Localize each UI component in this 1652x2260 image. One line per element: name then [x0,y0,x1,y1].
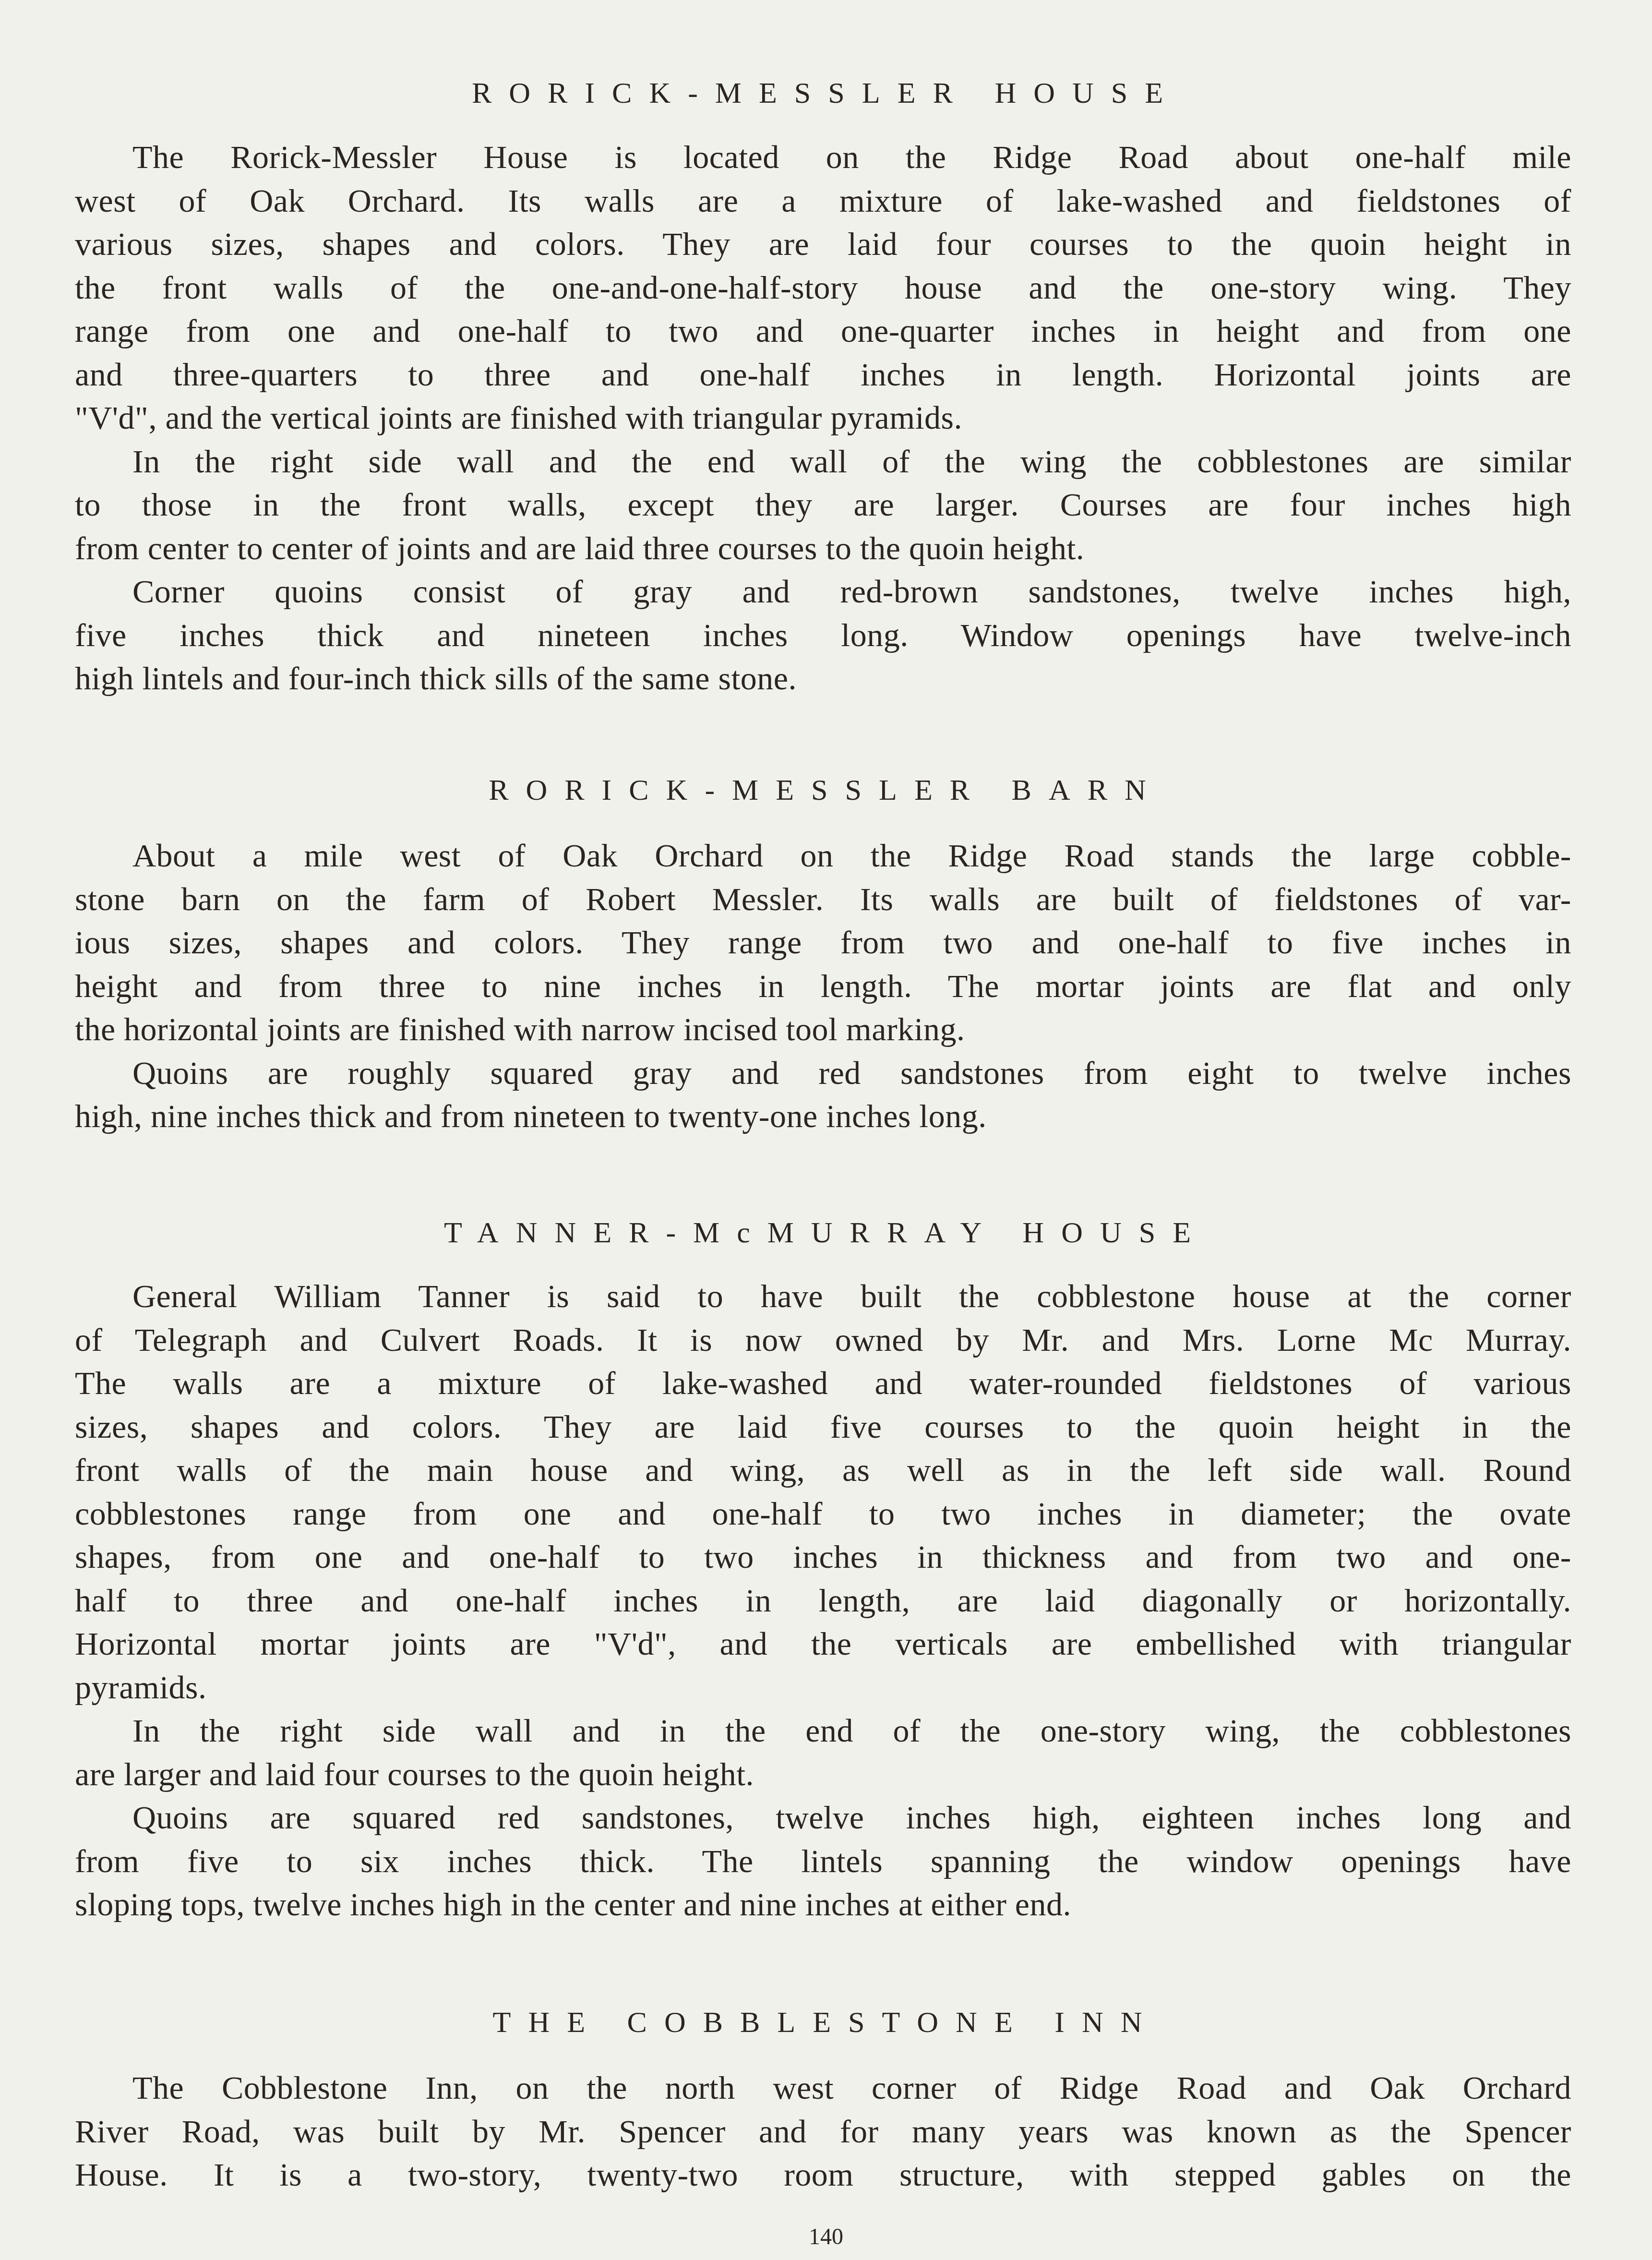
text-line: The Cobblestone Inn, on the north west c… [75,2066,1571,2110]
text-line: and three-quarters to three and one-half… [75,353,1571,397]
text-line: the front walls of the one-and-one-half-… [75,266,1571,310]
text-line: cobblestones range from one and one-half… [75,1492,1571,1536]
text-line: height and from three to nine inches in … [75,964,1571,1008]
text-line: ious sizes, shapes and colors. They rang… [75,921,1571,964]
text-line: Horizontal mortar joints are "V'd", and … [75,1622,1571,1666]
text-line: high lintels and four-inch thick sills o… [75,657,1571,700]
text-line: Quoins are roughly squared gray and red … [75,1051,1571,1095]
section-body-rorick-messler-house: The Rorick-Messler House is located on t… [75,135,1571,700]
page-number: 140 [0,2224,1652,2250]
text-line: "V'd", and the vertical joints are finis… [75,396,1571,440]
section-title-rorick-messler-barn: RORICK-MESSLER BARN [0,773,1652,807]
text-line: various sizes, shapes and colors. They a… [75,222,1571,266]
text-line: five inches thick and nineteen inches lo… [75,613,1571,657]
text-line: front walls of the main house and wing, … [75,1448,1571,1492]
text-line: of Telegraph and Culvert Roads. It is no… [75,1318,1571,1362]
text-line: Quoins are squared red sandstones, twelv… [75,1796,1571,1839]
text-line: are larger and laid four courses to the … [75,1753,1571,1796]
text-line: The Rorick-Messler House is located on t… [75,135,1571,179]
text-line: The walls are a mixture of lake-washed a… [75,1361,1571,1405]
section-body-rorick-messler-barn: About a mile west of Oak Orchard on the … [75,834,1571,1138]
text-line: the horizontal joints are finished with … [75,1008,1571,1051]
text-line: range from one and one-half to two and o… [75,309,1571,353]
text-line: sloping tops, twelve inches high in the … [75,1883,1571,1926]
text-line: to those in the front walls, except they… [75,483,1571,527]
text-line: pyramids. [75,1666,1571,1709]
text-line: General William Tanner is said to have b… [75,1274,1571,1318]
text-line: In the right side wall and in the end of… [75,1709,1571,1753]
text-line: shapes, from one and one-half to two inc… [75,1535,1571,1579]
text-line: House. It is a two-story, twenty-two roo… [75,2153,1571,2197]
text-line: half to three and one-half inches in len… [75,1579,1571,1623]
text-line: sizes, shapes and colors. They are laid … [75,1405,1571,1449]
section-title-rorick-messler-house: RORICK-MESSLER HOUSE [0,76,1652,110]
text-line: About a mile west of Oak Orchard on the … [75,834,1571,878]
section-body-the-cobblestone-inn: The Cobblestone Inn, on the north west c… [75,2066,1571,2197]
book-page: RORICK-MESSLER HOUSE The Rorick-Messler … [0,0,1652,2260]
text-line: high, nine inches thick and from ninetee… [75,1094,1571,1138]
section-title-the-cobblestone-inn: THE COBBLESTONE INN [0,2006,1652,2039]
text-line: from five to six inches thick. The linte… [75,1839,1571,1883]
text-line: from center to center of joints and are … [75,527,1571,570]
text-line: In the right side wall and the end wall … [75,440,1571,483]
text-line: Corner quoins consist of gray and red-br… [75,570,1571,613]
text-line: west of Oak Orchard. Its walls are a mix… [75,179,1571,223]
section-title-tanner-mcmurray-house: TANNER-McMURRAY HOUSE [0,1216,1652,1250]
text-line: River Road, was built by Mr. Spencer and… [75,2110,1571,2153]
section-body-tanner-mcmurray-house: General William Tanner is said to have b… [75,1274,1571,1926]
text-line: stone barn on the farm of Robert Messler… [75,878,1571,921]
